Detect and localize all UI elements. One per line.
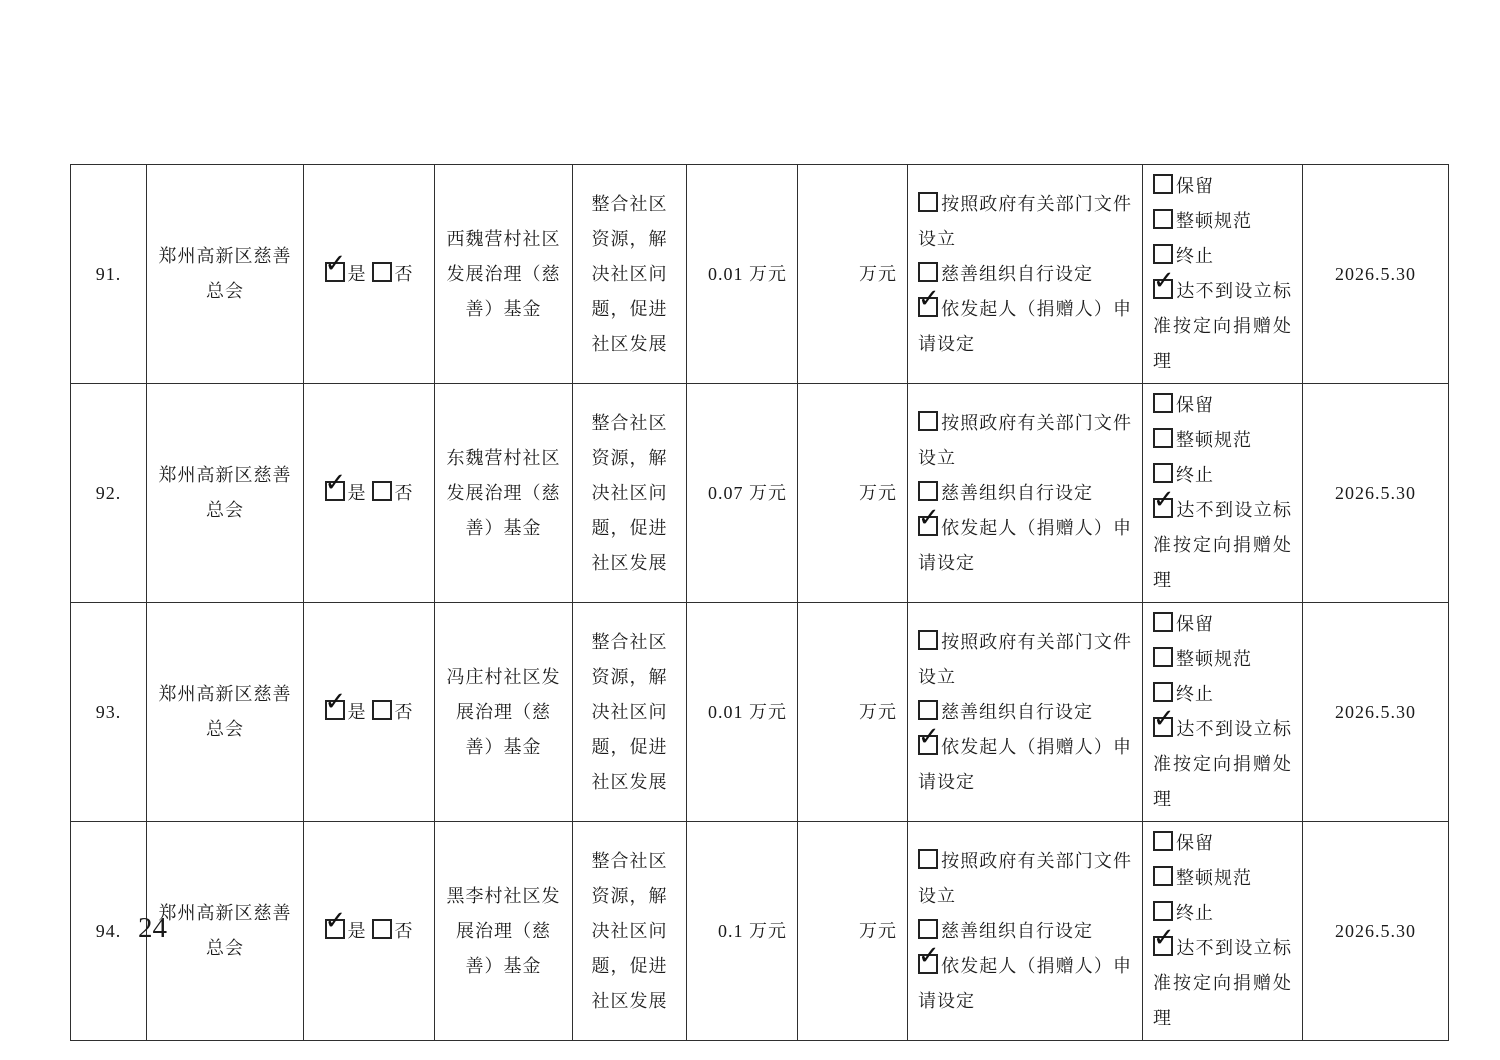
status-redirect-checkbox [1153, 936, 1173, 956]
status-rectify-checkbox [1153, 209, 1173, 229]
status-option-label: 保留 [1176, 614, 1214, 634]
status-option-label: 保留 [1176, 833, 1214, 853]
yes-checkbox [325, 919, 345, 939]
yes-checkbox [325, 700, 345, 720]
status-option: 整顿规范 [1153, 861, 1292, 896]
yes-label: 是 [348, 702, 367, 722]
status-option-label: 终止 [1176, 903, 1214, 923]
status-option-label: 整顿规范 [1176, 649, 1252, 669]
fund-amount: 0.1 万元 [687, 822, 798, 1041]
setup-option-label: 慈善组织自行设定 [941, 483, 1093, 503]
fund-name: 西魏营村社区发展治理（慈善）基金 [435, 165, 573, 384]
setup-method-cell: 按照政府有关部门文件设立 慈善组织自行设定 依发起人（捐赠人）申请设定 [908, 384, 1143, 603]
no-checkbox [372, 919, 392, 939]
no-label: 否 [395, 921, 414, 941]
row-index: 91. [71, 165, 147, 384]
yes-label: 是 [348, 264, 367, 284]
yes-label: 是 [348, 921, 367, 941]
setup-option-label: 依发起人（捐赠人）申请设定 [918, 518, 1132, 573]
fund-name: 黑李村社区发展治理（慈善）基金 [435, 822, 573, 1041]
setup-option-label: 慈善组织自行设定 [941, 702, 1093, 722]
org-name: 郑州高新区慈善总会 [147, 165, 304, 384]
setup-option: 慈善组织自行设定 [918, 914, 1132, 949]
setup-option: 依发起人（捐赠人）申请设定 [918, 949, 1132, 1019]
no-checkbox [372, 262, 392, 282]
fund-purpose: 整合社区资源，解决社区问题，促进社区发展 [573, 165, 687, 384]
deadline-date: 2026.5.30 [1303, 165, 1449, 384]
status-option-label: 整顿规范 [1176, 430, 1252, 450]
setup-donor-checkbox [918, 735, 938, 755]
amount-unit: 万元 [798, 384, 908, 603]
row-index: 92. [71, 384, 147, 603]
fund-name: 东魏营村社区发展治理（慈善）基金 [435, 384, 573, 603]
fund-amount: 0.01 万元 [687, 165, 798, 384]
yes-no-cell: 是否 [304, 165, 435, 384]
status-option: 保留 [1153, 607, 1292, 642]
setup-option: 依发起人（捐赠人）申请设定 [918, 511, 1132, 581]
amount-unit: 万元 [798, 822, 908, 1041]
fund-amount: 0.01 万元 [687, 603, 798, 822]
status-rectify-checkbox [1153, 428, 1173, 448]
status-option: 整顿规范 [1153, 423, 1292, 458]
status-option-label: 保留 [1176, 395, 1214, 415]
setup-option: 按照政府有关部门文件设立 [918, 187, 1132, 257]
setup-method-cell: 按照政府有关部门文件设立 慈善组织自行设定 依发起人（捐赠人）申请设定 [908, 165, 1143, 384]
status-keep-checkbox [1153, 612, 1173, 632]
status-option: 达不到设立标准按定向捐赠处理 [1153, 931, 1292, 1036]
setup-self-checkbox [918, 700, 938, 720]
fund-amount: 0.07 万元 [687, 384, 798, 603]
status-option-label: 终止 [1176, 465, 1214, 485]
status-option-label: 整顿规范 [1176, 211, 1252, 231]
org-name: 郑州高新区慈善总会 [147, 384, 304, 603]
status-option-label: 整顿规范 [1176, 868, 1252, 888]
charity-fund-table: 91. 郑州高新区慈善总会 是否 西魏营村社区发展治理（慈善）基金 整合社区资源… [70, 164, 1449, 1041]
yes-label: 是 [348, 483, 367, 503]
deadline-date: 2026.5.30 [1303, 822, 1449, 1041]
status-redirect-checkbox [1153, 498, 1173, 518]
setup-option: 按照政府有关部门文件设立 [918, 406, 1132, 476]
status-terminate-checkbox [1153, 682, 1173, 702]
row-index: 93. [71, 603, 147, 822]
status-terminate-checkbox [1153, 901, 1173, 921]
fund-name: 冯庄村社区发展治理（慈善）基金 [435, 603, 573, 822]
yes-no-cell: 是否 [304, 384, 435, 603]
fund-purpose: 整合社区资源，解决社区问题，促进社区发展 [573, 384, 687, 603]
setup-self-checkbox [918, 262, 938, 282]
setup-option-label: 慈善组织自行设定 [941, 921, 1093, 941]
setup-gov-checkbox [918, 630, 938, 650]
yes-no-cell: 是否 [304, 603, 435, 822]
setup-option-label: 按照政府有关部门文件设立 [918, 194, 1132, 249]
setup-gov-checkbox [918, 411, 938, 431]
status-cell: 保留 整顿规范 终止 达不到设立标准按定向捐赠处理 [1143, 384, 1303, 603]
status-option: 保留 [1153, 826, 1292, 861]
org-name: 郑州高新区慈善总会 [147, 822, 304, 1041]
table-row: 92. 郑州高新区慈善总会 是否 东魏营村社区发展治理（慈善）基金 整合社区资源… [71, 384, 1449, 603]
table-row: 91. 郑州高新区慈善总会 是否 西魏营村社区发展治理（慈善）基金 整合社区资源… [71, 165, 1449, 384]
yes-checkbox [325, 262, 345, 282]
status-terminate-checkbox [1153, 463, 1173, 483]
status-rectify-checkbox [1153, 647, 1173, 667]
setup-option: 依发起人（捐赠人）申请设定 [918, 292, 1132, 362]
status-option: 达不到设立标准按定向捐赠处理 [1153, 712, 1292, 817]
page-number: 24 [138, 912, 167, 945]
yes-no-cell: 是否 [304, 822, 435, 1041]
status-cell: 保留 整顿规范 终止 达不到设立标准按定向捐赠处理 [1143, 165, 1303, 384]
status-rectify-checkbox [1153, 866, 1173, 886]
setup-self-checkbox [918, 481, 938, 501]
no-label: 否 [395, 264, 414, 284]
setup-option: 慈善组织自行设定 [918, 476, 1132, 511]
status-option: 整顿规范 [1153, 642, 1292, 677]
status-redirect-checkbox [1153, 717, 1173, 737]
status-option: 保留 [1153, 169, 1292, 204]
setup-self-checkbox [918, 919, 938, 939]
amount-unit: 万元 [798, 603, 908, 822]
setup-option-label: 按照政府有关部门文件设立 [918, 413, 1132, 468]
setup-option-label: 依发起人（捐赠人）申请设定 [918, 299, 1132, 354]
setup-option-label: 慈善组织自行设定 [941, 264, 1093, 284]
status-redirect-checkbox [1153, 279, 1173, 299]
setup-option-label: 依发起人（捐赠人）申请设定 [918, 956, 1132, 1011]
deadline-date: 2026.5.30 [1303, 603, 1449, 822]
status-option: 整顿规范 [1153, 204, 1292, 239]
table-row: 93. 郑州高新区慈善总会 是否 冯庄村社区发展治理（慈善）基金 整合社区资源，… [71, 603, 1449, 822]
status-cell: 保留 整顿规范 终止 达不到设立标准按定向捐赠处理 [1143, 822, 1303, 1041]
yes-checkbox [325, 481, 345, 501]
setup-option-label: 按照政府有关部门文件设立 [918, 632, 1132, 687]
setup-option: 依发起人（捐赠人）申请设定 [918, 730, 1132, 800]
no-label: 否 [395, 483, 414, 503]
setup-option: 按照政府有关部门文件设立 [918, 844, 1132, 914]
no-label: 否 [395, 702, 414, 722]
status-keep-checkbox [1153, 831, 1173, 851]
setup-donor-checkbox [918, 516, 938, 536]
setup-gov-checkbox [918, 849, 938, 869]
setup-option: 慈善组织自行设定 [918, 257, 1132, 292]
fund-purpose: 整合社区资源，解决社区问题，促进社区发展 [573, 603, 687, 822]
status-terminate-checkbox [1153, 244, 1173, 264]
org-name: 郑州高新区慈善总会 [147, 603, 304, 822]
status-keep-checkbox [1153, 393, 1173, 413]
status-option-label: 终止 [1176, 684, 1214, 704]
row-index: 94. [71, 822, 147, 1041]
setup-option: 慈善组织自行设定 [918, 695, 1132, 730]
table-row: 94. 郑州高新区慈善总会 是否 黑李村社区发展治理（慈善）基金 整合社区资源，… [71, 822, 1449, 1041]
setup-donor-checkbox [918, 954, 938, 974]
no-checkbox [372, 700, 392, 720]
deadline-date: 2026.5.30 [1303, 384, 1449, 603]
setup-option-label: 依发起人（捐赠人）申请设定 [918, 737, 1132, 792]
setup-gov-checkbox [918, 192, 938, 212]
status-option: 保留 [1153, 388, 1292, 423]
setup-method-cell: 按照政府有关部门文件设立 慈善组织自行设定 依发起人（捐赠人）申请设定 [908, 603, 1143, 822]
status-option-label: 终止 [1176, 246, 1214, 266]
status-keep-checkbox [1153, 174, 1173, 194]
no-checkbox [372, 481, 392, 501]
setup-donor-checkbox [918, 297, 938, 317]
setup-option: 按照政府有关部门文件设立 [918, 625, 1132, 695]
status-cell: 保留 整顿规范 终止 达不到设立标准按定向捐赠处理 [1143, 603, 1303, 822]
fund-purpose: 整合社区资源，解决社区问题，促进社区发展 [573, 822, 687, 1041]
status-option-label: 保留 [1176, 176, 1214, 196]
setup-method-cell: 按照政府有关部门文件设立 慈善组织自行设定 依发起人（捐赠人）申请设定 [908, 822, 1143, 1041]
status-option: 达不到设立标准按定向捐赠处理 [1153, 493, 1292, 598]
amount-unit: 万元 [798, 165, 908, 384]
setup-option-label: 按照政府有关部门文件设立 [918, 851, 1132, 906]
status-option: 达不到设立标准按定向捐赠处理 [1153, 274, 1292, 379]
